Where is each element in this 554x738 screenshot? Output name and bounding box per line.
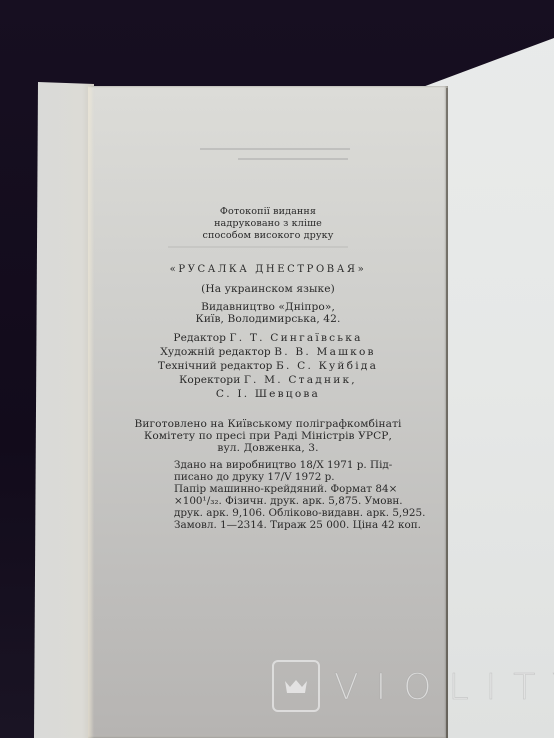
publisher-address: Київ, Володимирська, 42. (88, 313, 448, 325)
credit-line-editor: Редактор Г. Т. Сингаївська (88, 332, 448, 344)
credit-role: Художній редактор (160, 346, 271, 358)
credit-name: Б. С. Куйбіда (276, 360, 378, 372)
page-stack-left-edge (34, 82, 94, 738)
show-through-line (200, 148, 350, 150)
show-through-line (238, 158, 348, 160)
print-note-line: Фотокопії видання (88, 206, 448, 218)
colophon-page (88, 86, 448, 738)
page-gutter-edge (446, 88, 448, 738)
credit-name: С. І. Шевцова (216, 388, 320, 400)
credit-role: Коректори (179, 374, 240, 386)
show-through-line (168, 246, 348, 248)
printer-line: вул. Довженка, 3. (88, 442, 448, 454)
production-line: Замовл. 1—2314. Тираж 25 000. Ціна 42 ко… (174, 520, 359, 532)
violity-watermark: VIOLITY (272, 666, 554, 700)
crown-icon (272, 660, 320, 712)
book-title: «РУСАЛКА ДНЕСТРОВАЯ» (88, 264, 448, 276)
credit-name: Г. М. Стадник, (244, 374, 357, 386)
crown-icon-glyph (283, 677, 309, 695)
credit-line-proofreaders: Коректори Г. М. Стадник, (88, 374, 448, 386)
publisher-name: Видавництво «Дніпро», (88, 301, 448, 313)
watermark-text: VIOLITY (334, 667, 554, 708)
print-note-line: способом високого друку (88, 230, 448, 242)
printer-line: Виготовлено на Київському поліграфкомбін… (88, 418, 448, 430)
credit-role: Редактор (173, 332, 226, 344)
printer-line: Комітету по пресі при Раді Міністрів УРС… (88, 430, 448, 442)
print-note-line: надруковано з кліше (88, 218, 448, 230)
credit-role: Технічний редактор (158, 360, 273, 372)
credit-line-art-editor: Художній редактор В. В. Машков (88, 346, 448, 358)
credit-name: В. В. Машков (274, 346, 375, 358)
language-note: (На украинском языке) (88, 283, 448, 295)
credit-name: Г. Т. Сингаївська (230, 332, 363, 344)
credit-line-proofreaders-2: С. І. Шевцова (88, 388, 448, 400)
credit-line-tech-editor: Технічний редактор Б. С. Куйбіда (88, 360, 448, 372)
